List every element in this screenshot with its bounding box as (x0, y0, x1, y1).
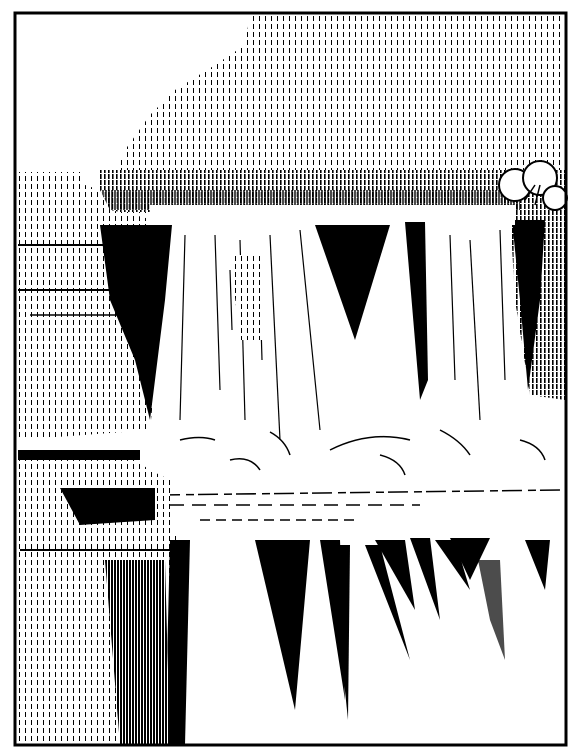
waterfall-engraving (0, 0, 588, 753)
hillside-vegetation (100, 14, 565, 215)
splash-pool (160, 430, 560, 520)
lower-cascade (255, 538, 550, 720)
upper-waterfall (150, 205, 515, 440)
left-lower-rock (18, 450, 190, 745)
right-cliff (510, 210, 565, 400)
